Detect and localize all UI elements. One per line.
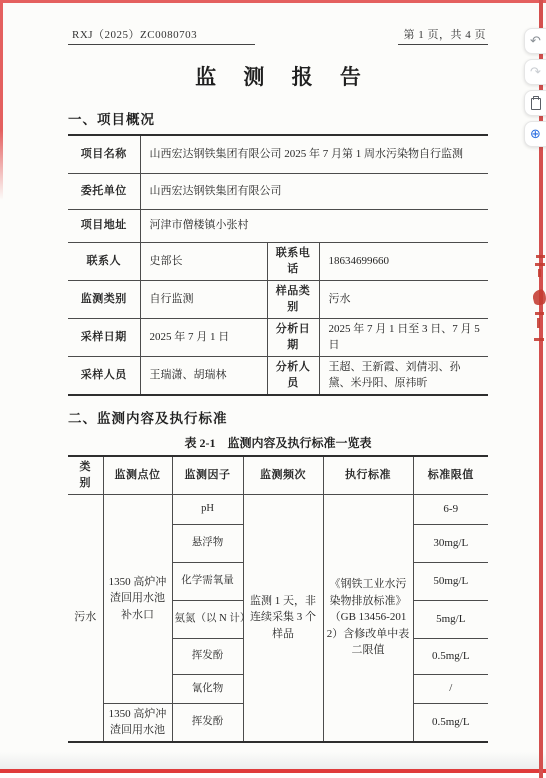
copy-icon [530, 96, 542, 110]
row-value: 王超、王新霞、刘倩羽、孙黛、米丹阳、原祎昕 [319, 356, 488, 395]
col-header-category: 类别 [68, 456, 103, 495]
row-label: 采样日期 [68, 318, 140, 356]
row-value: 王瑞潇、胡瑞林 [140, 356, 267, 395]
page-header: RXJ（2025）ZC0080703 第 1 页，共 4 页 [68, 26, 488, 45]
col-header-site: 监测点位 [103, 456, 172, 495]
row-label: 项目地址 [68, 209, 140, 242]
frequency-cell: 监测 1 天，非连续采集 3 个样品 [243, 494, 323, 742]
monitoring-standards-table: 类别 监测点位 监测因子 监测频次 执行标准 标准限值 污水 1350 高炉冲渣… [68, 455, 488, 743]
row-value: 史部长 [140, 242, 267, 280]
col-header-standard: 执行标准 [323, 456, 413, 495]
factor-cell: 悬浮物 [172, 524, 243, 562]
row-label: 项目名称 [68, 135, 140, 173]
row-value: 自行监测 [140, 280, 267, 318]
row-label: 分析人员 [267, 356, 319, 395]
project-info-table: 项目名称 山西宏达钢铁集团有限公司 2025 年 7 月第 1 周水污染物自行监… [68, 134, 488, 396]
row-value: 18634699660 [319, 242, 488, 280]
row-value: 2025 年 7 月 1 日至 3 日、7 月 5 日 [319, 318, 488, 356]
row-label: 采样人员 [68, 356, 140, 395]
row-label: 联系人 [68, 242, 140, 280]
table-2-1-caption: 表 2-1 监测内容及执行标准一览表 [68, 434, 488, 451]
table-header-row: 类别 监测点位 监测因子 监测频次 执行标准 标准限值 [68, 456, 488, 495]
limit-cell: 6-9 [413, 494, 488, 524]
row-value: 污水 [319, 280, 488, 318]
col-header-frequency: 监测频次 [243, 456, 323, 495]
limit-cell: 50mg/L [413, 562, 488, 600]
zoom-in-button[interactable]: ⊕ [524, 121, 546, 147]
limit-cell: 0.5mg/L [413, 638, 488, 674]
row-label: 样品类别 [267, 280, 319, 318]
table-row: 项目地址 河津市僧楼镇小张村 [68, 209, 488, 242]
table-row: 委托单位 山西宏达钢铁集团有限公司 [68, 173, 488, 209]
table-row: 采样日期 2025 年 7 月 1 日 分析日期 2025 年 7 月 1 日至… [68, 318, 488, 356]
report-title: 监 测 报 告 [68, 61, 488, 91]
limit-cell: / [413, 674, 488, 703]
factor-cell: 氨氮（以 N 计） [172, 600, 243, 638]
col-header-limit: 标准限值 [413, 456, 488, 495]
undo-button[interactable]: ↶ [524, 28, 546, 54]
factor-cell: 挥发酚 [172, 703, 243, 742]
row-label: 联系电话 [267, 242, 319, 280]
table-row: 污水 1350 高炉冲渣回用水池补水口 pH 监测 1 天，非连续采集 3 个样… [68, 494, 488, 524]
red-stamp-fragment [533, 254, 546, 352]
row-value: 山西宏达钢铁集团有限公司 2025 年 7 月第 1 周水污染物自行监测 [140, 135, 488, 173]
row-label: 分析日期 [267, 318, 319, 356]
undo-icon: ↶ [530, 35, 541, 48]
table-row: 联系人 史部长 联系电话 18634699660 [68, 242, 488, 280]
site-cell: 1350 高炉冲渣回用水池 [103, 703, 172, 742]
section-2-heading: 二、监测内容及执行标准 [68, 407, 488, 427]
report-page: RXJ（2025）ZC0080703 第 1 页，共 4 页 监 测 报 告 一… [0, 0, 546, 743]
limit-cell: 0.5mg/L [413, 703, 488, 742]
page-bottom-shadow [0, 752, 546, 769]
circle-plus-icon: ⊕ [530, 128, 541, 141]
limit-cell: 30mg/L [413, 524, 488, 562]
row-value: 山西宏达钢铁集团有限公司 [140, 173, 488, 209]
standard-cell: 《钢铁工业水污染物排放标准》（GB 13456-2012）含修改单中表二限值 [323, 494, 413, 742]
row-label: 监测类别 [68, 280, 140, 318]
copy-button[interactable] [524, 90, 546, 116]
row-label: 委托单位 [68, 173, 140, 209]
redo-icon: ↷ [530, 66, 541, 79]
factor-cell: pH [172, 494, 243, 524]
redo-button[interactable]: ↷ [524, 59, 546, 85]
limit-cell: 5mg/L [413, 600, 488, 638]
row-value: 2025 年 7 月 1 日 [140, 318, 267, 356]
factor-cell: 挥发酚 [172, 638, 243, 674]
section-1-heading: 一、项目概况 [68, 108, 488, 128]
factor-cell: 氰化物 [172, 674, 243, 703]
document-number: RXJ（2025）ZC0080703 [68, 26, 255, 45]
scan-margin-bottom [0, 773, 546, 778]
page-number: 第 1 页，共 4 页 [398, 26, 489, 45]
category-cell: 污水 [68, 494, 103, 742]
table-row: 采样人员 王瑞潇、胡瑞林 分析人员 王超、王新霞、刘倩羽、孙黛、米丹阳、原祎昕 [68, 356, 488, 395]
table-row: 监测类别 自行监测 样品类别 污水 [68, 280, 488, 318]
factor-cell: 化学需氧量 [172, 562, 243, 600]
table-row: 项目名称 山西宏达钢铁集团有限公司 2025 年 7 月第 1 周水污染物自行监… [68, 135, 488, 173]
site-cell: 1350 高炉冲渣回用水池补水口 [103, 494, 172, 703]
col-header-factor: 监测因子 [172, 456, 243, 495]
row-value: 河津市僧楼镇小张村 [140, 209, 488, 242]
